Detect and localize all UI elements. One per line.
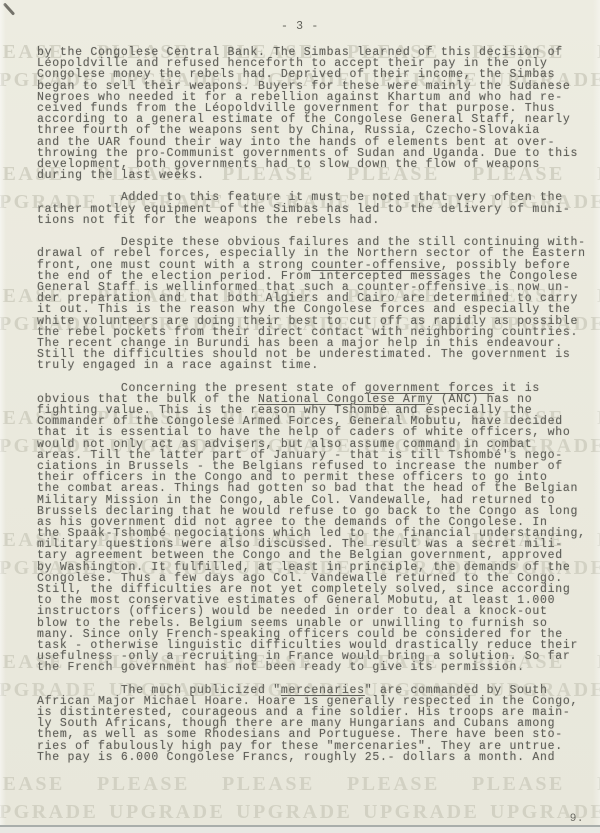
watermark-word: UPGRADE <box>109 801 225 824</box>
document-body: by the Congolese Central Bank. The Simba… <box>37 47 593 774</box>
watermark-word: UPGRADE <box>236 801 352 824</box>
paragraph: by the Congolese Central Bank. The Simba… <box>37 47 593 181</box>
paragraph: Concerning the present state of governme… <box>37 383 593 674</box>
watermark-word: PLEASE <box>222 773 315 796</box>
text-segment: tions not fit for the weapons the rebels… <box>37 214 380 227</box>
text-line: the French government has not been ready… <box>37 662 593 673</box>
text-segment: The pay is 6.000 Congolese Francs, rough… <box>37 751 555 764</box>
paragraph: Added to this feature it must be noted t… <box>37 192 593 226</box>
text-line: during the last weeks. <box>37 170 593 181</box>
paragraph: Despite these obvious failures and the s… <box>37 237 593 371</box>
watermark-word: PLEASE <box>0 773 65 796</box>
watermark-word: PLEASE <box>97 773 190 796</box>
paragraph: The much publicized "mercenaries" are co… <box>37 685 593 763</box>
text-segment: during the last weeks. <box>37 169 205 182</box>
sheet-number: 9. <box>570 813 584 825</box>
scan-right-edge <box>593 0 600 833</box>
watermark-word: PLEASE <box>347 773 440 796</box>
document-page: PLEASEPLEASEPLEASEPLEASEPLEASEPLEASEUPGR… <box>0 0 600 833</box>
page-number: - 3 - <box>0 20 600 33</box>
watermark-word: UPGRADE <box>0 801 98 824</box>
scan-left-edge <box>0 0 6 833</box>
text-line: The pay is 6.000 Congolese Francs, rough… <box>37 752 593 763</box>
text-line: tions not fit for the weapons the rebels… <box>37 215 593 226</box>
scan-bottom-edge <box>0 825 600 833</box>
text-segment: the French government has not been ready… <box>37 661 525 674</box>
text-segment: truly engaged in a race against time. <box>37 359 319 372</box>
watermark-word: UPGRADE <box>363 801 479 824</box>
text-line: truly engaged in a race against time. <box>37 360 593 371</box>
watermark-word: PLEASE <box>472 773 565 796</box>
